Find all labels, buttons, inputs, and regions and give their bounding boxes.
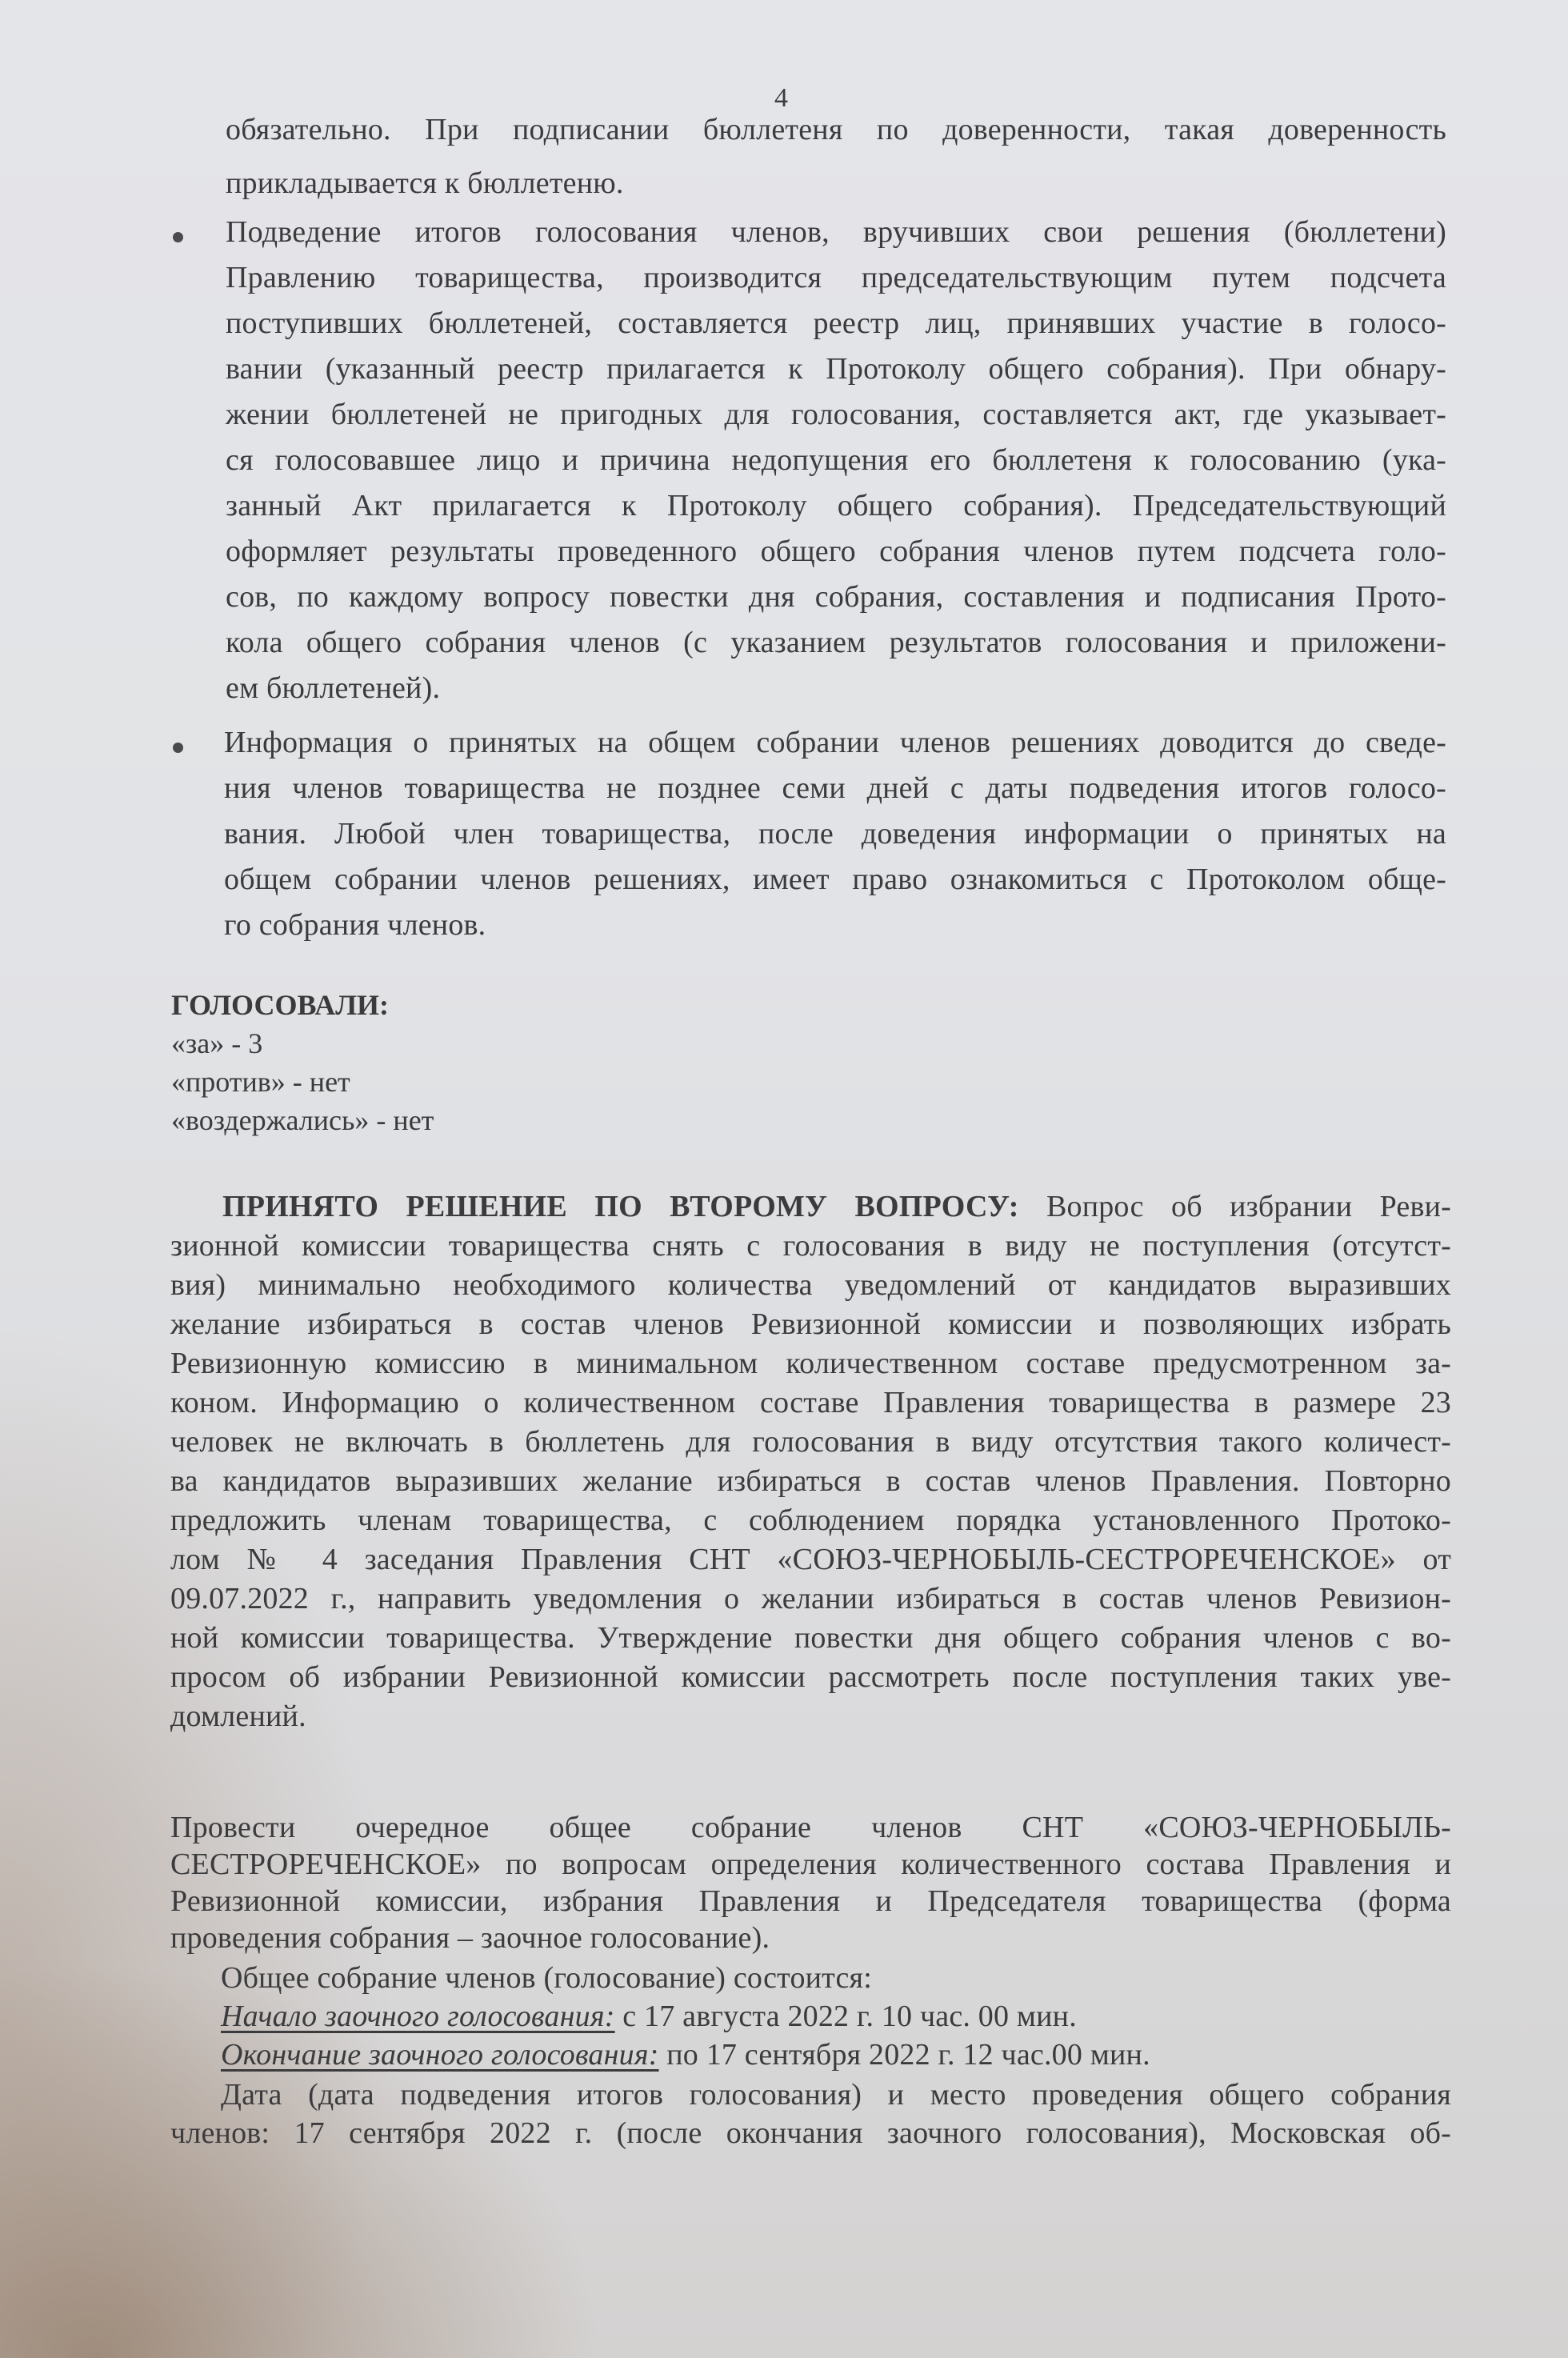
text-line: ния членов товарищества не позднее семи …: [224, 771, 1446, 806]
text-line: ем бюллетеней).: [226, 671, 1446, 706]
text-line: жении бюллетеней не пригодных для голосо…: [226, 397, 1446, 432]
text-line: зионной комиссии товарищества снять с го…: [170, 1228, 1451, 1263]
text-line: общем собрании членов решениях, имеет пр…: [224, 862, 1446, 897]
vote-value: 3: [248, 1027, 262, 1059]
text-line: ной комиссии товарищества. Утверждение п…: [170, 1620, 1451, 1655]
voting-start-label: Начало заочного голосования:: [221, 2000, 615, 2033]
text-line: 09.07.2022 г., направить уведомления о ж…: [170, 1581, 1451, 1616]
voting-end: Окончание заочного голосования: по 17 се…: [221, 2037, 1445, 2072]
voting-start-value: с 17 августа 2022 г. 10 час. 00 мин.: [622, 2000, 1077, 2033]
text-line: обязательно. При подписании бюллетеня по…: [226, 112, 1446, 147]
text-line: оформляет результаты проведенного общего…: [226, 534, 1446, 569]
bullet-icon: [173, 232, 183, 242]
text-line: коном. Информацию о количественном соста…: [170, 1385, 1451, 1420]
decision-text: Вопрос об избрании Реви-: [1046, 1190, 1451, 1223]
text-line: сов, по каждому вопросу повестки дня соб…: [226, 579, 1446, 615]
voting-end-label: Окончание заочного голосования:: [221, 2038, 659, 2072]
text-line: Дата (дата подведения итогов голосования…: [221, 2077, 1451, 2112]
text-line: человек не включать в бюллетень для голо…: [170, 1424, 1451, 1459]
text-line: Информация о принятых на общем собрании …: [224, 725, 1446, 760]
vote-label: «за»: [171, 1027, 224, 1059]
text-line: ва кандидатов выразивших желание избират…: [170, 1463, 1451, 1499]
vote-label: «воздержались»: [171, 1104, 369, 1136]
text-line: ПРИНЯТО РЕШЕНИЕ ПО ВТОРОМУ ВОПРОСУ: Вопр…: [222, 1189, 1451, 1224]
voting-end-value: по 17 сентября 2022 г. 12 час.00 мин.: [666, 2038, 1150, 2072]
meeting-intro: Общее собрание членов (голосование) сост…: [221, 1960, 1445, 1996]
vote-value: нет: [393, 1104, 434, 1136]
text-line: домлений.: [170, 1699, 1451, 1734]
text-line: членов: 17 сентября 2022 г. (после оконч…: [170, 2116, 1451, 2151]
text-line: Ревизионной комиссии, избрания Правления…: [170, 1884, 1451, 1919]
text-line: Провести очередное общее собрание членов…: [170, 1810, 1451, 1845]
text-line: вании (указанный реестр прилагается к Пр…: [226, 351, 1446, 386]
text-line: го собрания членов.: [224, 907, 1446, 943]
text-line: занный Акт прилагается к Протоколу общег…: [226, 488, 1446, 523]
text-line: вания. Любой член товарищества, после до…: [224, 816, 1446, 851]
text-line: желание избираться в состав членов Ревиз…: [170, 1307, 1451, 1342]
vote-label: «против»: [171, 1066, 286, 1098]
text-line: предложить членам товарищества, с соблюд…: [170, 1503, 1451, 1538]
text-line: просом об избрании Ревизионной комиссии …: [170, 1659, 1451, 1695]
vote-value: нет: [310, 1066, 350, 1098]
text-line: СЕСТРОРЕЧЕНСКОЕ» по вопросам определения…: [170, 1847, 1451, 1882]
vote-result-against: «против» - нет: [171, 1065, 350, 1099]
text-line: ся голосовавшее лицо и причина недопущен…: [226, 442, 1446, 478]
bullet-icon: [173, 743, 183, 753]
voting-heading: ГОЛОСОВАЛИ:: [171, 988, 389, 1022]
voting-start: Начало заочного голосования: с 17 август…: [221, 1999, 1445, 2034]
decision-heading: ПРИНЯТО РЕШЕНИЕ ПО ВТОРОМУ ВОПРОСУ:: [222, 1190, 1019, 1223]
page-number: 4: [774, 83, 788, 114]
text-line: Правлению товарищества, производится пре…: [226, 260, 1446, 295]
text-line: поступивших бюллетеней, составляется рее…: [226, 306, 1446, 341]
text-line: Ревизионную комиссию в минимальном колич…: [170, 1346, 1451, 1381]
text-line: Подведение итогов голосования членов, вр…: [226, 214, 1446, 250]
text-line: кола общего собрания членов (с указанием…: [226, 625, 1446, 660]
text-line: вия) минимально необходимого количества …: [170, 1267, 1451, 1303]
text-line: проведения собрания – заочное голосовани…: [170, 1920, 1451, 1956]
text-line: лом № 4 заседания Правления СНТ «СОЮЗ-ЧЕ…: [170, 1542, 1451, 1577]
text-line: прикладывается к бюллетеню.: [226, 166, 1446, 201]
vote-result-for: «за» - 3: [171, 1027, 262, 1060]
vote-result-abstained: «воздержались» - нет: [171, 1103, 434, 1137]
